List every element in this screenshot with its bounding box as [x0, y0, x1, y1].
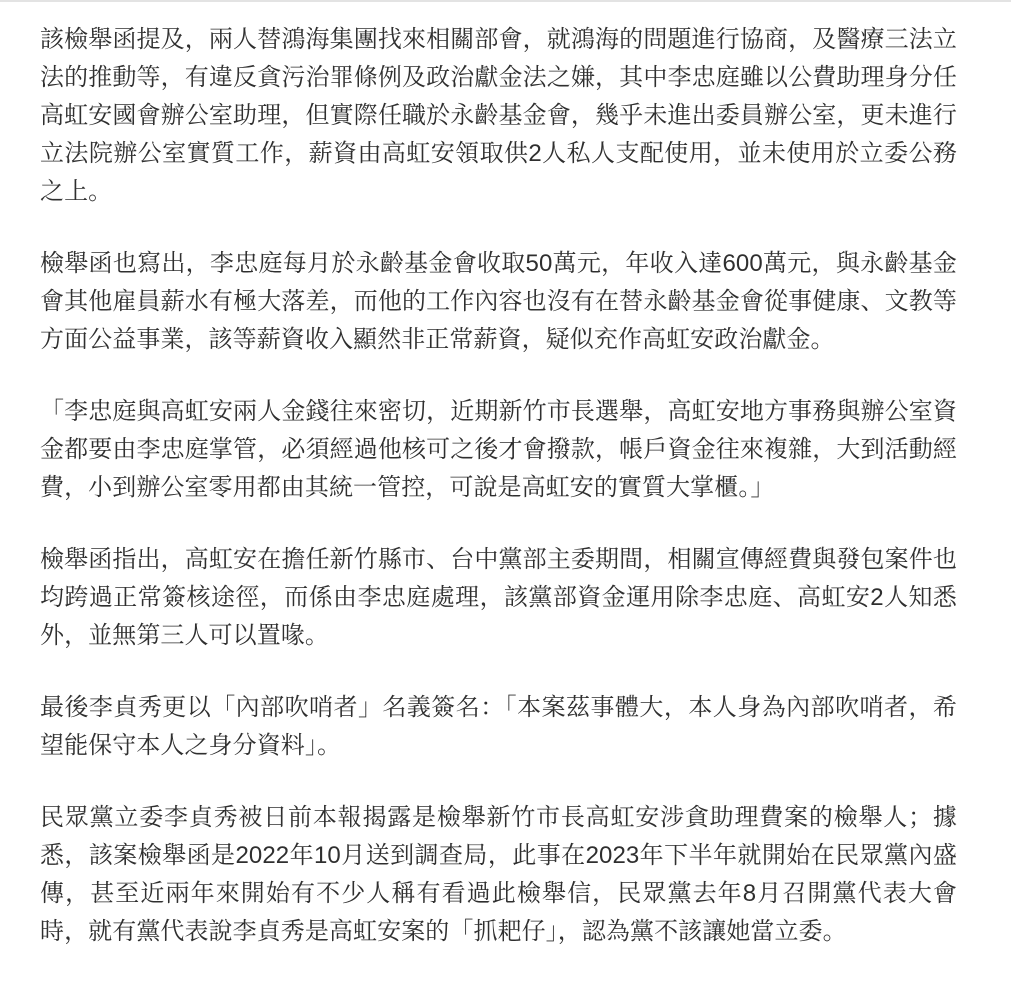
article-paragraph: 「李忠庭與高虹安兩人金錢往來密切，近期新竹市長選舉，高虹安地方事務與辦公室資金都… [40, 393, 957, 507]
article-paragraph: 檢舉函也寫出，李忠庭每月於永齡基金會收取50萬元，年收入達600萬元，與永齡基金… [40, 245, 957, 359]
article-paragraph: 最後李貞秀更以「內部吹哨者」名義簽名：「本案茲事體大，本人身為內部吹哨者，希望能… [40, 689, 957, 765]
article-paragraph: 檢舉函指出，高虹安在擔任新竹縣市、台中黨部主委期間，相關宣傳經費與發包案件也均跨… [40, 541, 957, 655]
article-paragraph: 該檢舉函提及，兩人替鴻海集團找來相關部會，就鴻海的問題進行協商，及醫療三法立法的… [40, 21, 957, 211]
article-paragraph: 民眾黨立委李貞秀被日前本報揭露是檢舉新竹市長高虹安涉貪助理費案的檢舉人；據悉，該… [40, 799, 957, 951]
article-body: 該檢舉函提及，兩人替鴻海集團找來相關部會，就鴻海的問題進行協商，及醫療三法立法的… [0, 2, 1011, 951]
